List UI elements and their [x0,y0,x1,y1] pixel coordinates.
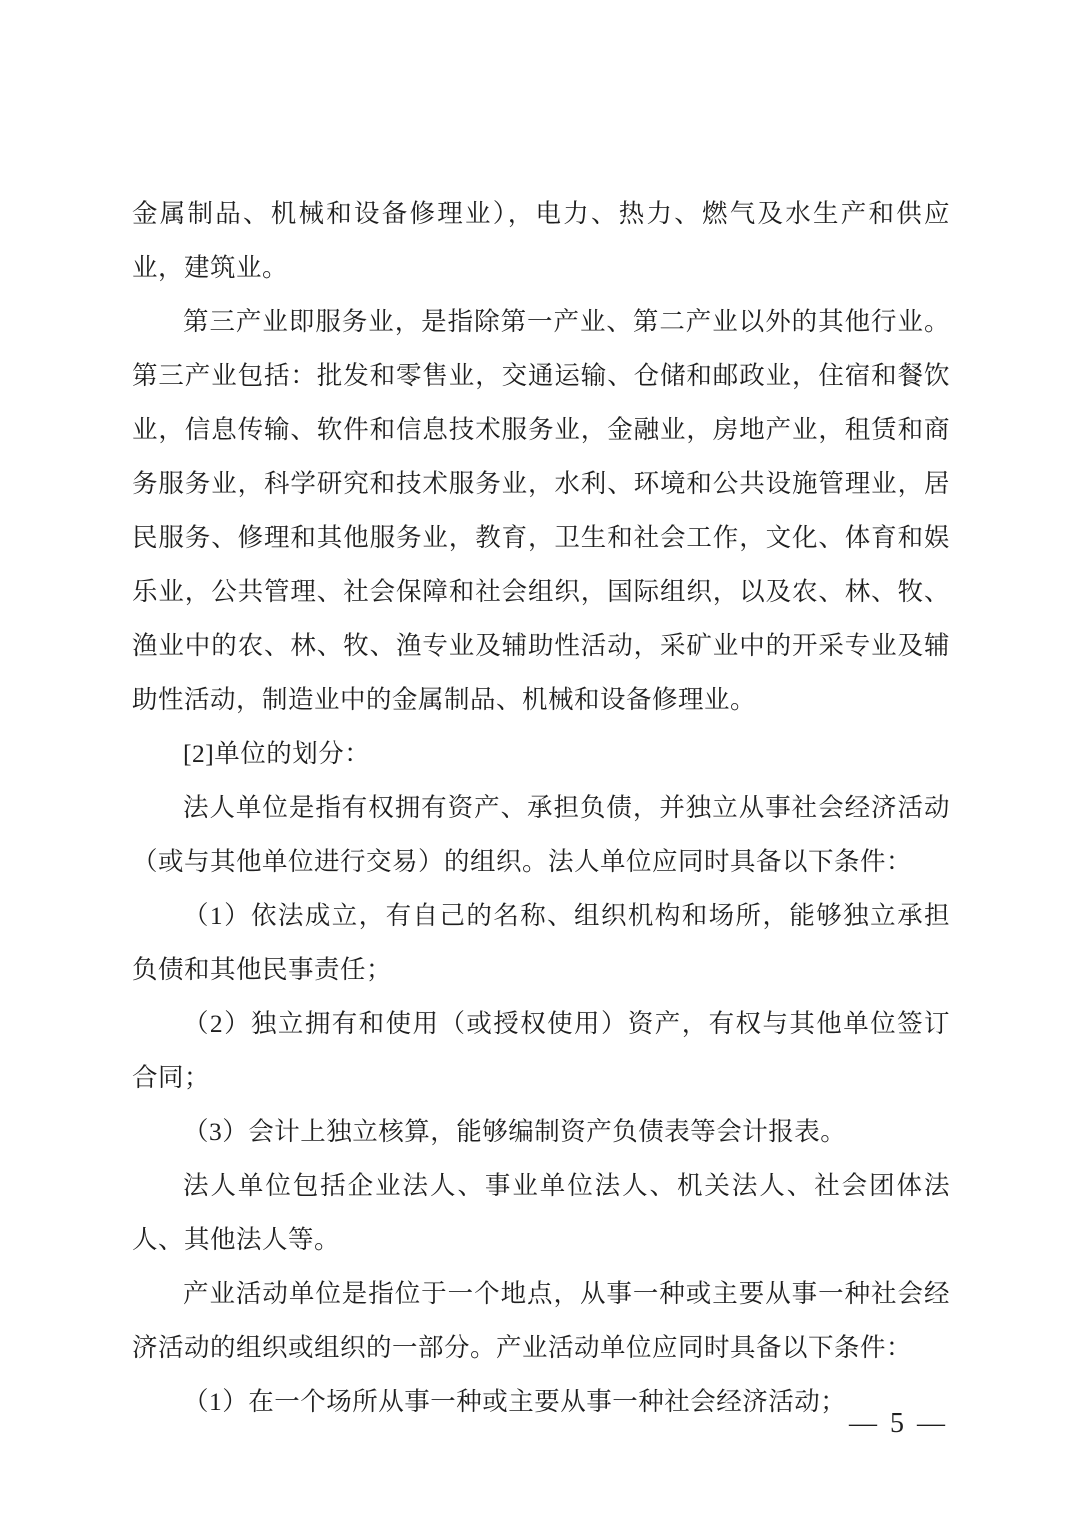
paragraph-legal-entity-types: 法人单位包括企业法人、事业单位法人、机关法人、社会团体法人、其他法人等。 [132,1159,950,1267]
paragraph-activity-condition-1: （1）在一个场所从事一种或主要从事一种社会经济活动； [132,1375,950,1429]
paragraph-continuation: 金属制品、机械和设备修理业），电力、热力、燃气及水生产和供应业，建筑业。 [132,187,950,295]
paragraph-condition-2: （2）独立拥有和使用（或授权使用）资产，有权与其他单位签订合同； [132,997,950,1105]
paragraph-industrial-activity-unit: 产业活动单位是指位于一个地点，从事一种或主要从事一种社会经济活动的组织或组织的一… [132,1267,950,1375]
paragraph-legal-entity-definition: 法人单位是指有权拥有资产、承担负债，并独立从事社会经济活动（或与其他单位进行交易… [132,781,950,889]
paragraph-unit-division-heading: [2]单位的划分： [132,727,950,781]
paragraph-condition-1: （1）依法成立，有自己的名称、组织机构和场所，能够独立承担负债和其他民事责任； [132,889,950,997]
document-page: 金属制品、机械和设备修理业），电力、热力、燃气及水生产和供应业，建筑业。 第三产… [0,0,1074,1520]
page-number: — 5 — [849,1404,948,1444]
document-body: 金属制品、机械和设备修理业），电力、热力、燃气及水生产和供应业，建筑业。 第三产… [132,187,950,1429]
paragraph-tertiary-industry: 第三产业即服务业，是指除第一产业、第二产业以外的其他行业。第三产业包括：批发和零… [132,295,950,727]
paragraph-condition-3: （3）会计上独立核算，能够编制资产负债表等会计报表。 [132,1105,950,1159]
